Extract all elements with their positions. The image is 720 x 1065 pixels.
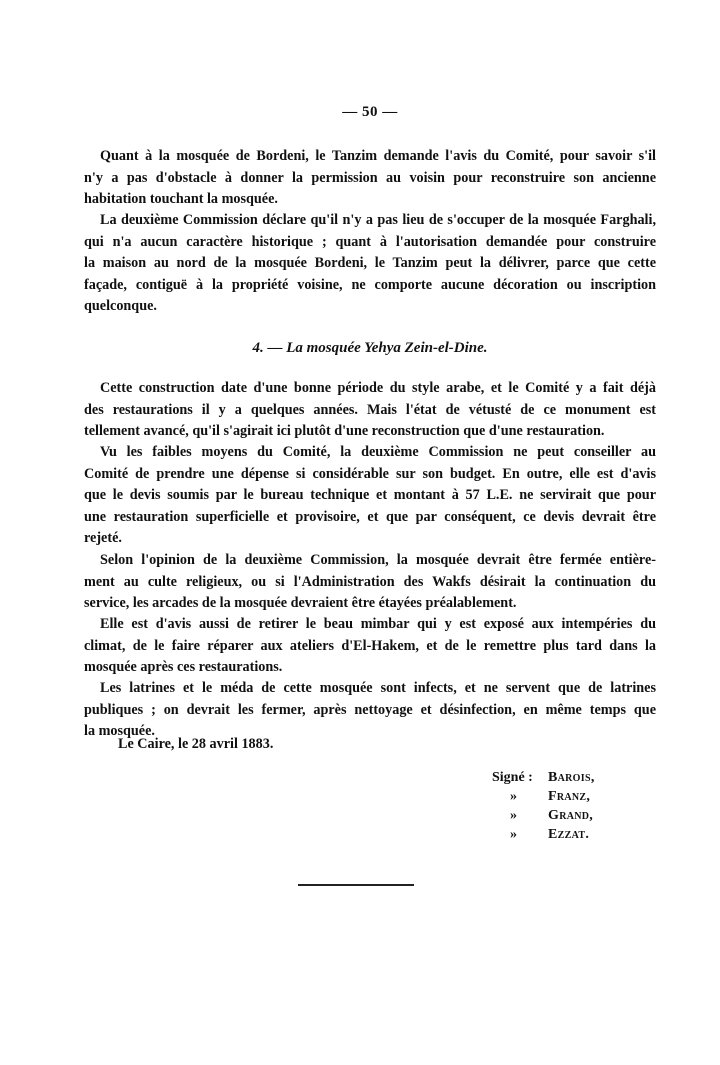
text-line: Selon l'opinion de la deuxième Commissio… xyxy=(84,550,656,572)
text-line: une restauration superficielle et provis… xyxy=(84,507,656,529)
text-line: façade, contiguë à la propriété voisine,… xyxy=(84,275,656,297)
text-line: rejeté. xyxy=(84,528,656,550)
text-line: habitation touchant la mosquée. xyxy=(84,189,656,211)
paragraph-construction-date: Cette construction date d'une bonne péri… xyxy=(84,378,656,443)
text-line: Quant à la mosquée de Bordeni, le Tanzim… xyxy=(84,146,656,168)
text-line: tellement avancé, qu'il s'agirait ici pl… xyxy=(84,421,656,443)
signature-lead: Signé : xyxy=(492,768,548,787)
paragraph-latrines: Les latrines et le méda de cette mosquée… xyxy=(84,678,656,743)
text-line: Cette construction date d'une bonne péri… xyxy=(84,378,656,400)
signature-row: » Franz, xyxy=(492,787,595,806)
text-line: la maison au nord de la mosquée Bordeni,… xyxy=(84,253,656,275)
page-number: — 50 — xyxy=(84,104,656,121)
text-line: La deuxième Commission déclare qu'il n'y… xyxy=(84,210,656,232)
section-title: 4. — La mosquée Yehya Zein-el-Dine. xyxy=(84,340,656,357)
text-line: Les latrines et le méda de cette mosquée… xyxy=(84,678,656,700)
closing-place-date: Le Caire, le 28 avril 1883. xyxy=(118,736,273,753)
paragraph-commission-farghali: La deuxième Commission déclare qu'il n'y… xyxy=(84,210,656,318)
text-line: climat, de le faire réparer aux ateliers… xyxy=(84,636,656,658)
text-line: mosquée après ces restaurations. xyxy=(84,657,656,679)
signatory-name: Ezzat. xyxy=(548,825,589,844)
text-line: qui n'a aucun caractère historique ; qua… xyxy=(84,232,656,254)
signature-row: » Grand, xyxy=(492,806,595,825)
text-line: Comité de prendre une dépense si considé… xyxy=(84,464,656,486)
text-line: n'y a pas d'obstacle à donner la permiss… xyxy=(84,168,656,190)
signatory-name: Barois, xyxy=(548,768,595,787)
paragraph-mimbar: Elle est d'avis aussi de retirer le beau… xyxy=(84,614,656,679)
paragraph-budget-estimate: Vu les faibles moyens du Comité, la deux… xyxy=(84,442,656,550)
text-line: quelconque. xyxy=(84,296,656,318)
text-line: Vu les faibles moyens du Comité, la deux… xyxy=(84,442,656,464)
ditto-mark: » xyxy=(492,787,548,806)
signature-row: Signé : Barois, xyxy=(492,768,595,787)
signatory-name: Grand, xyxy=(548,806,593,825)
text-line: des restaurations il y a quelques années… xyxy=(84,400,656,422)
signature-block: Signé : Barois, » Franz, » Grand, » Ezza… xyxy=(492,768,595,844)
text-line: Elle est d'avis aussi de retirer le beau… xyxy=(84,614,656,636)
paragraph-bordeni-request: Quant à la mosquée de Bordeni, le Tanzim… xyxy=(84,146,656,211)
ditto-mark: » xyxy=(492,825,548,844)
text-line: service, les arcades de la mosquée devra… xyxy=(84,593,656,615)
text-line: publiques ; on devrait les fermer, après… xyxy=(84,700,656,722)
ditto-mark: » xyxy=(492,806,548,825)
paragraph-closure-opinion: Selon l'opinion de la deuxième Commissio… xyxy=(84,550,656,615)
text-line: que le devis soumis par le bureau techni… xyxy=(84,485,656,507)
closing-rule-divider xyxy=(298,884,414,886)
text-line: ment au culte religieux, ou si l'Adminis… xyxy=(84,572,656,594)
signature-row: » Ezzat. xyxy=(492,825,595,844)
signatory-name: Franz, xyxy=(548,787,590,806)
